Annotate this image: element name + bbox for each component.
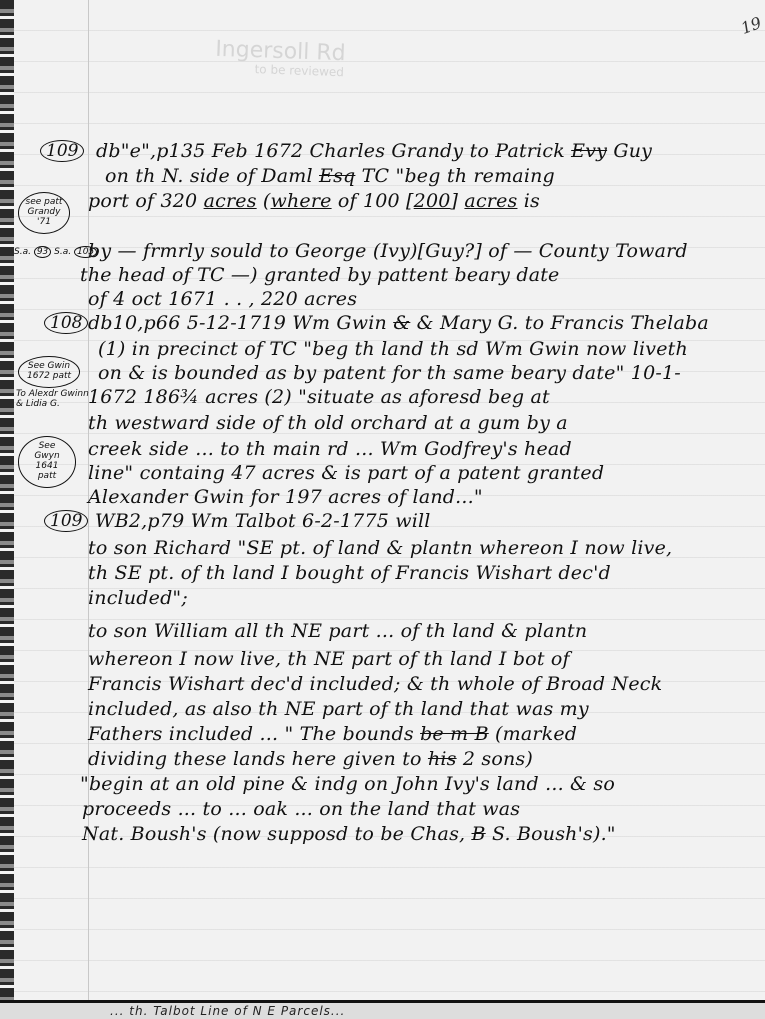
text: 105 bbox=[74, 246, 97, 258]
text: db10,p66 5-12-1719 Wm Gwin bbox=[88, 312, 387, 334]
text: the head of TC —) granted bbox=[80, 264, 341, 286]
struck-text: Esq bbox=[319, 165, 355, 187]
text: acres bbox=[204, 190, 257, 212]
text: by pattent beary date bbox=[347, 264, 559, 286]
entry-2-line-5: th westward side of th old orchard at a … bbox=[88, 412, 568, 434]
notebook-page: Ingersoll Rd to be reviewed 19 109 db"e"… bbox=[0, 0, 765, 1000]
entry-3-line-7: Francis Wishart dec'd included; & th who… bbox=[88, 673, 662, 695]
next-page-text: ... th. Talbot Line of N E Parcels... bbox=[110, 1004, 345, 1018]
entry-1-line-6: of 4 oct 1671 . . , 220 acres bbox=[88, 288, 357, 310]
entry-2-line-3: on & is bounded as by patent for th same… bbox=[98, 362, 681, 384]
entry-2-line-6: creek side ... to th main rd ... Wm Godf… bbox=[88, 438, 572, 460]
ghost-line-1: Ingersoll Rd bbox=[215, 37, 346, 67]
text: 2 sons) bbox=[463, 748, 533, 770]
entry-3-line-6: whereon I now live, th NE part of th lan… bbox=[88, 648, 570, 670]
entry-2-line-7: line" containg 47 acres & is part of a p… bbox=[88, 462, 604, 484]
entry-3-line-5: to son William all th NE part ... of th … bbox=[88, 620, 587, 642]
text: Fathers included ... " The bounds bbox=[88, 723, 414, 745]
margin-note-see-patent: see patt Grandy '71 bbox=[18, 192, 70, 234]
entry-number-circle: 109 bbox=[44, 510, 88, 532]
entry-3-line-2: to son Richard "SE pt. of land & plantn … bbox=[88, 537, 672, 559]
text: ] bbox=[451, 190, 459, 212]
entry-number-circle: 108 bbox=[44, 312, 88, 334]
text: where bbox=[271, 190, 332, 212]
text: acres bbox=[464, 190, 517, 212]
margin-note-see-gwyn: See Gwyn 1641 patt bbox=[18, 436, 76, 488]
text: S. Boush's)." bbox=[492, 823, 616, 845]
entry-3-line-1: WB2,p79 Wm Talbot 6-2-1775 will bbox=[95, 510, 431, 532]
entry-1-line-4: by — frmrly sould to George (Ivy)[Guy?] … bbox=[88, 240, 688, 262]
struck-text: his bbox=[428, 748, 457, 770]
entry-2-line-8: Alexander Gwin for 197 acres of land..." bbox=[88, 486, 483, 508]
entry-3-line-12: proceeds ... to ... oak ... on the land … bbox=[82, 798, 520, 820]
text: by — frmrly sould to George bbox=[88, 240, 367, 262]
text: on th N. side of Daml bbox=[105, 165, 313, 187]
struck-text: Evy bbox=[571, 140, 607, 162]
text: port of 320 bbox=[88, 190, 197, 212]
text: (marked bbox=[495, 723, 577, 745]
text: (Ivy)[Guy?] of — County Toward bbox=[373, 240, 688, 262]
margin-note-see-gwin: See Gwin 1672 patt bbox=[18, 356, 80, 388]
text: of 100 [ bbox=[338, 190, 414, 212]
entry-1-line-2: on th N. side of Daml Esq TC "beg th rem… bbox=[105, 165, 555, 187]
text: Nat. Boush's (now supposd to be Chas, bbox=[82, 823, 465, 845]
entry-3-line-4: included"; bbox=[88, 587, 188, 609]
text: S.a. bbox=[14, 247, 31, 257]
entry-2-line-1: db10,p66 5-12-1719 Wm Gwin & & Mary G. t… bbox=[88, 312, 709, 334]
spiral-binding bbox=[0, 0, 14, 1000]
text: 200 bbox=[414, 190, 451, 212]
entry-3-line-3: th SE pt. of th land I bought of Francis… bbox=[88, 562, 611, 584]
text: db"e",p135 Feb 1672 Charles Grandy to Pa… bbox=[96, 140, 565, 162]
text: Guy bbox=[613, 140, 652, 162]
entry-3-line-9: Fathers included ... " The bounds be m B… bbox=[88, 723, 577, 745]
next-page-edge: ... th. Talbot Line of N E Parcels... bbox=[0, 1000, 765, 1019]
entry-1-line-5: the head of TC —) granted by pattent bea… bbox=[80, 264, 560, 286]
entry-3-line-8: included, as also th NE part of th land … bbox=[88, 698, 589, 720]
entry-3-line-11: "begin at an old pine & indg on John Ivy… bbox=[80, 773, 615, 795]
struck-text: be m B bbox=[420, 723, 489, 745]
entry-3-line-13: Nat. Boush's (now supposd to be Chas, B … bbox=[82, 823, 616, 845]
text: ( bbox=[263, 190, 271, 212]
bleed-through-text: Ingersoll Rd to be reviewed bbox=[214, 38, 346, 80]
entry-1-line-1: db"e",p135 Feb 1672 Charles Grandy to Pa… bbox=[96, 140, 652, 162]
entry-2-line-2: (1) in precinct of TC "beg th land th sd… bbox=[98, 338, 688, 360]
text: TC "beg th remaing bbox=[362, 165, 555, 187]
entry-1-line-3: port of 320 acres (where of 100 [200] ac… bbox=[88, 190, 540, 212]
text: S.a. bbox=[54, 247, 71, 257]
text: 93 bbox=[34, 246, 51, 258]
margin-note-to-alexdr: To Alexdr Gwinn & Lidia G. bbox=[16, 390, 89, 410]
text: dividing these lands here given to bbox=[88, 748, 422, 770]
entry-3-line-10: dividing these lands here given to his 2… bbox=[88, 748, 533, 770]
margin-note-sa-refs: S.a. 93 S.a. 105 bbox=[14, 248, 97, 258]
struck-text: & bbox=[393, 312, 410, 334]
text: is bbox=[524, 190, 540, 212]
entry-number-circle: 109 bbox=[40, 140, 84, 162]
text: & Mary G. to Francis Thelaba bbox=[417, 312, 709, 334]
struck-text: B bbox=[472, 823, 486, 845]
text: & Lidia G. bbox=[16, 400, 89, 410]
entry-2-line-4: 1672 186¾ acres (2) "situate as aforesd … bbox=[88, 386, 550, 408]
